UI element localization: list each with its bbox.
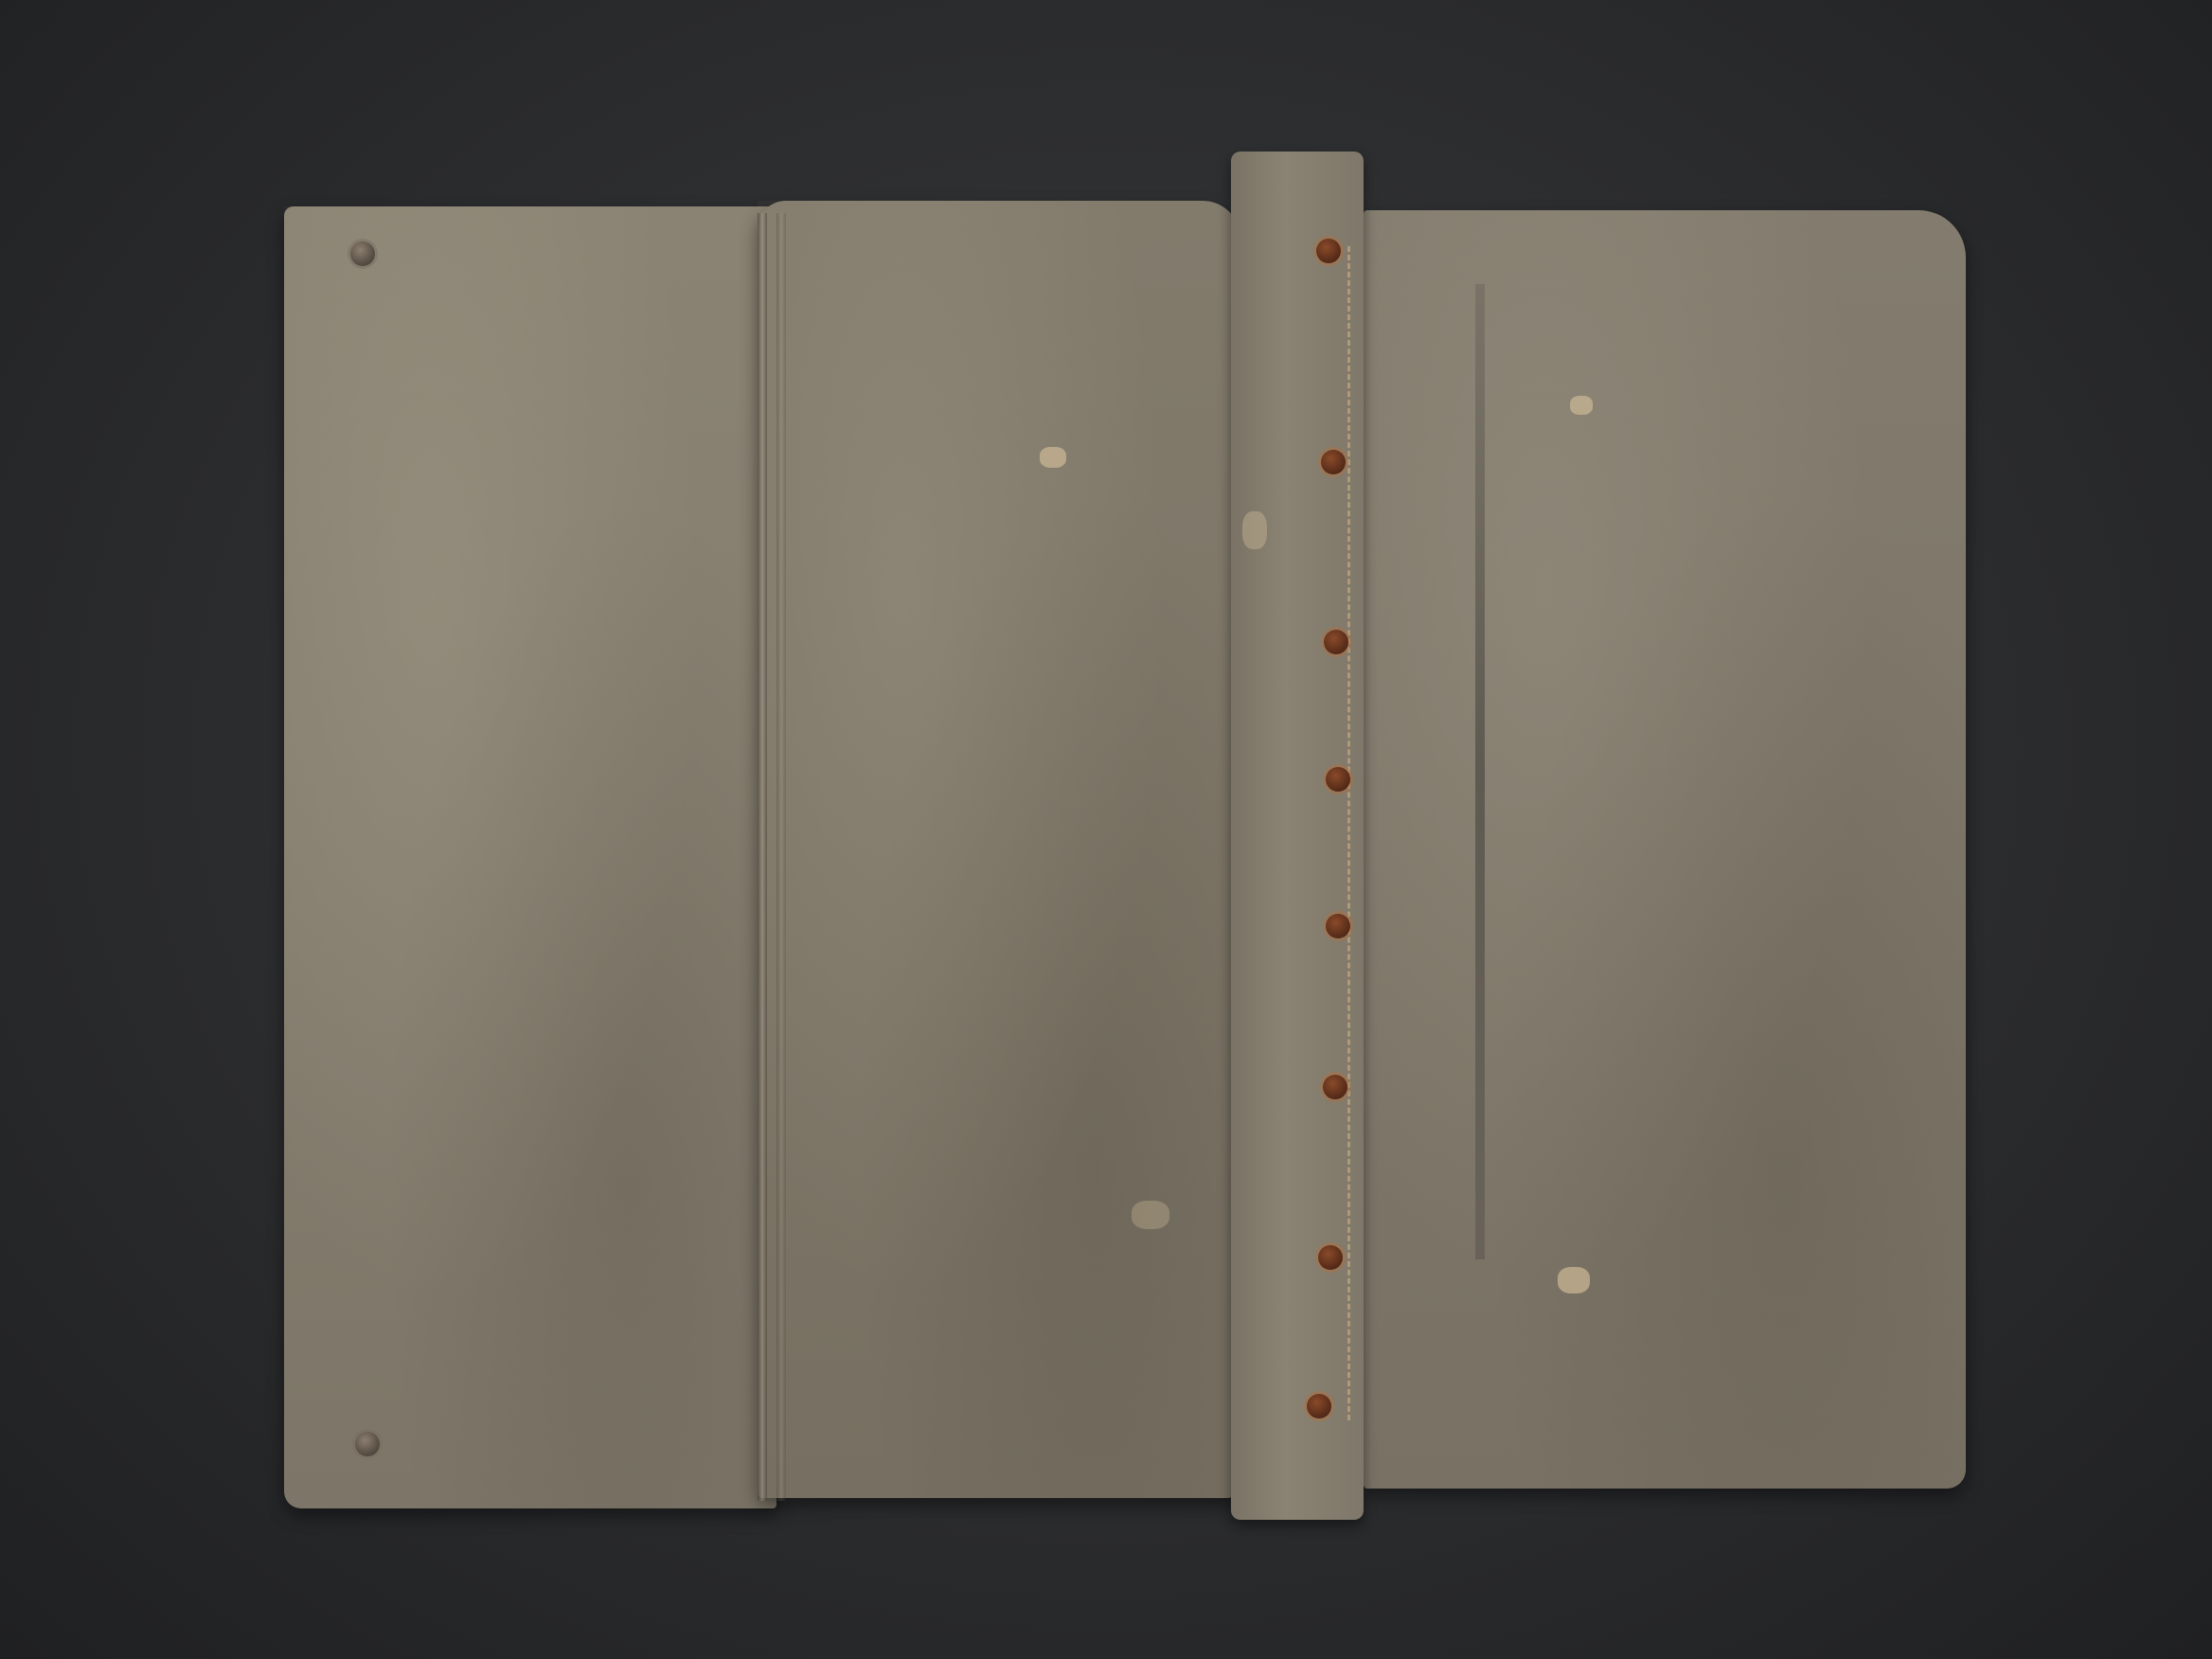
right-panel (1364, 210, 1966, 1489)
rivet-icon (1316, 239, 1341, 263)
rivet-icon (1323, 1075, 1347, 1099)
wear-spot (1558, 1267, 1590, 1293)
rivet-icon (1321, 450, 1346, 474)
middle-panel (758, 201, 1240, 1498)
rivet-icon (1326, 767, 1350, 792)
wear-spot (1570, 396, 1593, 415)
spine-strip (1231, 152, 1364, 1520)
wear-spot (1040, 447, 1066, 468)
stitching (1347, 246, 1350, 1420)
rivet-icon (1326, 914, 1350, 938)
left-panel (284, 206, 776, 1508)
rivet-icon (1307, 1394, 1331, 1418)
rivet-icon (1324, 630, 1348, 654)
wear-spot (1242, 511, 1267, 549)
rivet-icon (355, 1432, 380, 1456)
stain-line (1475, 284, 1485, 1259)
fold-crease-shadow (776, 213, 786, 1501)
photo-scene (0, 0, 2212, 1659)
fold-crease (758, 213, 767, 1501)
rivet-icon (350, 241, 375, 266)
rivet-icon (1318, 1245, 1343, 1270)
wear-spot (1132, 1201, 1169, 1229)
